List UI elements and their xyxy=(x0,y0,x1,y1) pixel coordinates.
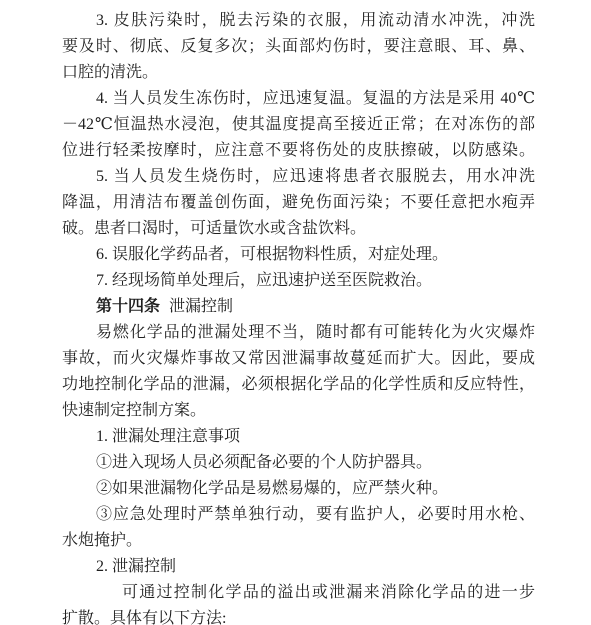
paragraph-line: 5. 当人员发生烧伤时，应迅速将患者衣服脱去，用水冲洗 xyxy=(62,164,535,190)
list-item-line: 7. 经现场简单处理后，应迅速护送至医院救治。 xyxy=(62,268,535,294)
document-page: 3. 皮肤污染时，脱去污染的衣服，用流动清水冲洗，冲洗 要及时、彻底、反复多次；… xyxy=(0,0,591,625)
paragraph-line: 要及时、彻底、反复多次；头面部灼伤时，要注意眼、耳、鼻、 xyxy=(62,34,535,60)
list-item-line: 2. 泄漏控制 xyxy=(62,554,535,580)
paragraph-line: 可通过控制化学品的溢出或泄漏来消除化学品的进一步 xyxy=(62,580,535,606)
paragraph-line: 功地控制化学品的泄漏，必须根据化学品的化学性质和反应特性， xyxy=(62,372,535,398)
list-item-line: 6. 误服化学药品者，可根据物料性质，对症处理。 xyxy=(62,242,535,268)
article-heading: 第十四条泄漏控制 xyxy=(62,294,535,320)
paragraph-line: 扩散。具体有以下方法: xyxy=(62,606,535,625)
paragraph-line: 快速制定控制方案。 xyxy=(62,398,535,424)
paragraph-line: －42℃恒温热水浸泡，使其温度提高至接近正常；在对冻伤的部 xyxy=(62,112,535,138)
list-item-line: ③应急处理时严禁单独行动，要有监护人，必要时用水枪、 xyxy=(62,502,535,528)
article-number: 第十四条 xyxy=(96,298,160,315)
list-item-line: ②如果泄漏物化学品是易燃易爆的，应严禁火种。 xyxy=(62,476,535,502)
paragraph-line: 口腔的清洗。 xyxy=(62,60,535,86)
list-item-line: ①进入现场人员必须配备必要的个人防护器具。 xyxy=(62,450,535,476)
list-item-line: 1. 泄漏处理注意事项 xyxy=(62,424,535,450)
paragraph-line: 降温，用清洁布覆盖创伤面，避免伤面污染；不要任意把水疱弄 xyxy=(62,190,535,216)
paragraph-line: 事故，而火灾爆炸事故又常因泄漏事故蔓延而扩大。因此，要成 xyxy=(62,346,535,372)
paragraph-line: 3. 皮肤污染时，脱去污染的衣服，用流动清水冲洗，冲洗 xyxy=(62,8,535,34)
paragraph-line: 破。患者口渴时，可适量饮水或含盐饮料。 xyxy=(62,216,535,242)
paragraph-line: 4. 当人员发生冻伤时，应迅速复温。复温的方法是采用 40℃ xyxy=(62,86,535,112)
paragraph-line: 易燃化学品的泄漏处理不当，随时都有可能转化为火灾爆炸 xyxy=(62,320,535,346)
paragraph-line: 位进行轻柔按摩时，应注意不要将伤处的皮肤擦破，以防感染。 xyxy=(62,138,535,164)
article-title: 泄漏控制 xyxy=(169,298,233,315)
paragraph-line: 水炮掩护。 xyxy=(62,528,535,554)
